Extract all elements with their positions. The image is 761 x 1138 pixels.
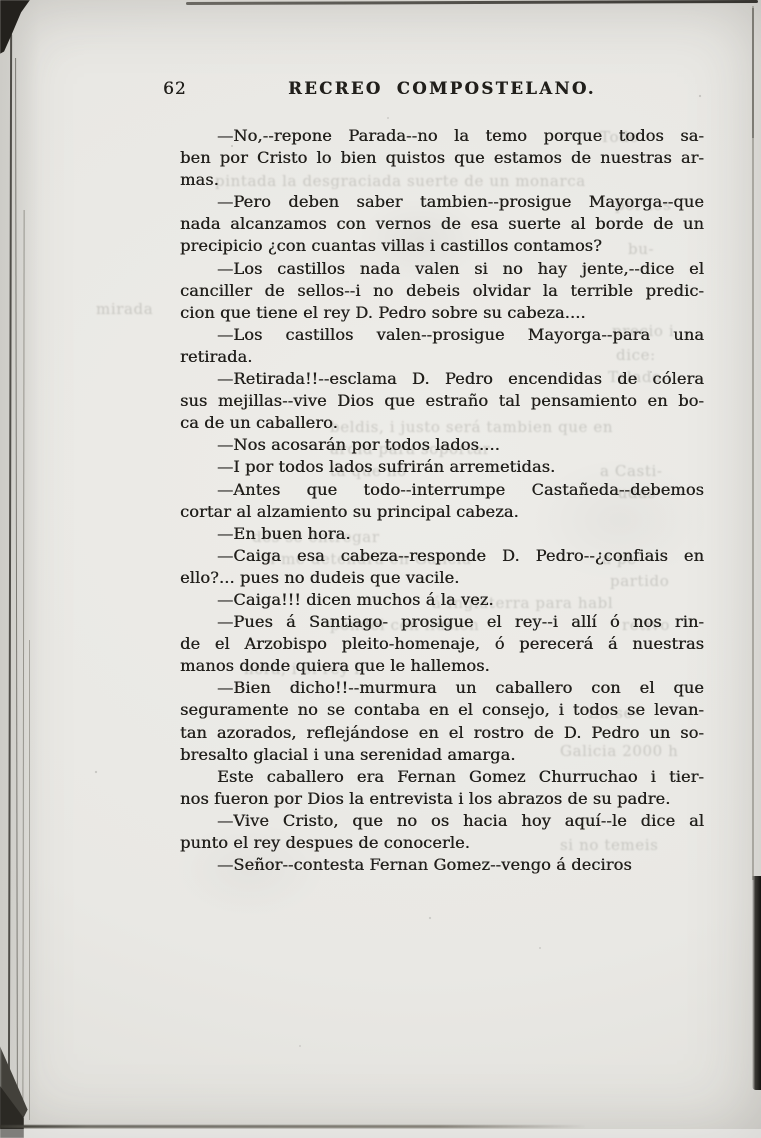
text-line: sus mejillas--vive Dios que estraño tal … [180, 390, 704, 412]
text-line: Este caballero era Fernan Gomez Churruch… [180, 766, 704, 788]
paragraph: —Antes que todo--interrumpe Castañeda--d… [180, 479, 704, 523]
paragraph: —Caiga esa cabeza--responde D. Pedro--¿c… [180, 545, 704, 589]
text-line: —Nos acosarán por todos lados.... [180, 434, 704, 456]
paragraph: —Señor--contesta Fernan Gomez--vengo á d… [180, 854, 704, 876]
paragraph: —Caiga!!! dicen muchos á la vez. [180, 589, 704, 611]
text-line: cion que tiene el rey D. Pedro sobre su … [180, 302, 704, 324]
paragraph: —En buen hora. [180, 523, 704, 545]
text-line: —Señor--contesta Fernan Gomez--vengo á d… [180, 854, 704, 876]
text-line: canciller de sellos--i no debeis olvidar… [180, 280, 704, 302]
text-line: retirada. [180, 346, 704, 368]
text-line: —En buen hora. [180, 523, 704, 545]
text-line: —Caiga!!! dicen muchos á la vez. [180, 589, 704, 611]
text-line: —Los castillos valen--prosigue Mayorga--… [180, 324, 704, 346]
text-line: ca de un caballero. [180, 412, 704, 434]
text-line: cortar al alzamiento su principal cabeza… [180, 501, 704, 523]
text-line: seguramente no se contaba en el consejo,… [180, 699, 704, 721]
text-block: —No,--repone Parada--no la temo porque t… [180, 125, 704, 876]
text-line: —Retirada!!--esclama D. Pedro encendidas… [180, 368, 704, 390]
paragraph: —Nos acosarán por todos lados.... [180, 434, 704, 456]
text-line: bresalto glacial i una serenidad amarga. [180, 744, 704, 766]
text-line: —I por todos lados sufrirán arremetidas. [180, 456, 704, 478]
text-line: precipicio ¿con cuantas villas i castill… [180, 235, 704, 257]
text-line: nos fueron por Dios la entrevista i los … [180, 788, 704, 810]
paragraph: —No,--repone Parada--no la temo porque t… [180, 125, 704, 191]
text-line: tan azorados, reflejándose en el rostro … [180, 722, 704, 744]
paragraph: —I por todos lados sufrirán arremetidas. [180, 456, 704, 478]
text-line: —Pero deben saber tambien--prosigue Mayo… [180, 191, 704, 213]
text-line: mas. [180, 169, 704, 191]
text-line: manos donde quiera que le hallemos. [180, 655, 704, 677]
text-line: nada alcanzamos con vernos de esa suerte… [180, 213, 704, 235]
text-line: —Caiga esa cabeza--responde D. Pedro--¿c… [180, 545, 704, 567]
text-line: ello?... pues no dudeis que vacile. [180, 567, 704, 589]
text-line: —Bien dicho!!--murmura un caballero con … [180, 677, 704, 699]
text-line: ben por Cristo lo bien quistos que estam… [180, 147, 704, 169]
text-line: de el Arzobispo pleito-homenaje, ó perec… [180, 633, 704, 655]
paragraph: —Retirada!!--esclama D. Pedro encendidas… [180, 368, 704, 434]
text-line: punto el rey despues de conocerle. [180, 832, 704, 854]
paragraph: —Bien dicho!!--murmura un caballero con … [180, 677, 704, 765]
text-line: —Antes que todo--interrumpe Castañeda--d… [180, 479, 704, 501]
paragraph: —Los castillos nada valen si no hay jent… [180, 258, 704, 324]
paragraph: —Vive Cristo, que no os hacia hoy aquí--… [180, 810, 704, 854]
paragraph: Este caballero era Fernan Gomez Churruch… [180, 766, 704, 810]
page-content: 62 RECREO COMPOSTELANO. —No,--repone Par… [0, 0, 761, 1138]
scanned-book-page: Todopintada la desgraciada suerte de un … [0, 0, 761, 1138]
paragraph: —Pues á Santiago- prosigue el rey--i all… [180, 611, 704, 677]
running-header-title: RECREO COMPOSTELANO. [180, 79, 704, 98]
paragraph: —Pero deben saber tambien--prosigue Mayo… [180, 191, 704, 257]
text-line: —Pues á Santiago- prosigue el rey--i all… [180, 611, 704, 633]
text-line: —Los castillos nada valen si no hay jent… [180, 258, 704, 280]
text-line: —Vive Cristo, que no os hacia hoy aquí--… [180, 810, 704, 832]
text-line: —No,--repone Parada--no la temo porque t… [180, 125, 704, 147]
paragraph: —Los castillos valen--prosigue Mayorga--… [180, 324, 704, 368]
